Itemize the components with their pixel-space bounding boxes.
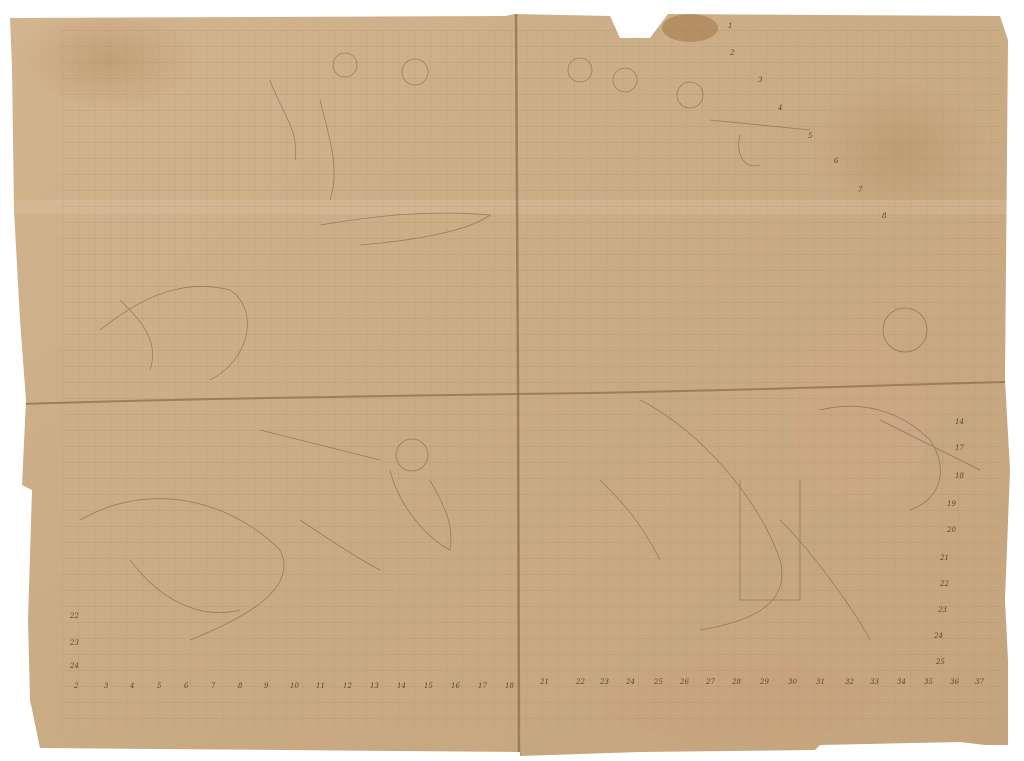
svg-text:16: 16 xyxy=(451,682,460,690)
svg-text:13: 13 xyxy=(370,682,379,690)
svg-text:5: 5 xyxy=(157,682,162,690)
svg-text:25: 25 xyxy=(935,658,945,666)
svg-text:2: 2 xyxy=(729,49,735,57)
svg-text:33: 33 xyxy=(870,678,879,686)
svg-text:29: 29 xyxy=(759,678,769,686)
svg-text:28: 28 xyxy=(731,678,741,686)
svg-text:34: 34 xyxy=(897,678,906,686)
svg-text:14: 14 xyxy=(397,682,406,690)
svg-text:24: 24 xyxy=(933,632,943,640)
svg-text:22: 22 xyxy=(69,612,79,620)
svg-text:20: 20 xyxy=(946,526,956,534)
svg-text:15: 15 xyxy=(424,682,433,690)
svg-text:19: 19 xyxy=(947,500,956,508)
svg-text:17: 17 xyxy=(955,444,964,452)
svg-text:18: 18 xyxy=(505,682,514,690)
svg-text:36: 36 xyxy=(950,678,959,686)
svg-text:9: 9 xyxy=(264,682,269,690)
svg-text:10: 10 xyxy=(290,682,299,690)
svg-text:5: 5 xyxy=(808,132,813,140)
svg-text:3: 3 xyxy=(758,76,763,84)
svg-text:11: 11 xyxy=(316,682,325,690)
svg-text:12: 12 xyxy=(343,682,352,690)
svg-text:22: 22 xyxy=(575,678,585,686)
svg-text:32: 32 xyxy=(845,678,854,686)
svg-text:35: 35 xyxy=(924,678,933,686)
svg-text:24: 24 xyxy=(625,678,635,686)
svg-text:21: 21 xyxy=(539,678,549,686)
svg-text:6: 6 xyxy=(834,157,839,165)
svg-text:25: 25 xyxy=(653,678,663,686)
drawing-photograph: 234 567 8910 111213 141516 1718 212223 2… xyxy=(0,0,1024,761)
svg-text:37: 37 xyxy=(975,678,984,686)
svg-text:7: 7 xyxy=(211,682,216,690)
svg-text:27: 27 xyxy=(705,678,715,686)
svg-text:14: 14 xyxy=(955,418,964,426)
svg-text:26: 26 xyxy=(679,678,689,686)
svg-text:30: 30 xyxy=(788,678,797,686)
svg-text:21: 21 xyxy=(939,554,949,562)
svg-text:31: 31 xyxy=(816,678,825,686)
svg-text:23: 23 xyxy=(937,606,947,614)
svg-text:1: 1 xyxy=(728,22,732,30)
svg-text:2: 2 xyxy=(73,682,79,690)
svg-text:23: 23 xyxy=(69,639,79,647)
svg-text:3: 3 xyxy=(104,682,109,690)
svg-text:4: 4 xyxy=(777,104,782,112)
svg-text:6: 6 xyxy=(184,682,189,690)
svg-text:8: 8 xyxy=(882,212,887,220)
svg-text:23: 23 xyxy=(599,678,609,686)
svg-text:22: 22 xyxy=(939,580,949,588)
svg-text:24: 24 xyxy=(69,662,79,670)
svg-text:18: 18 xyxy=(955,472,964,480)
svg-text:8: 8 xyxy=(238,682,243,690)
svg-text:4: 4 xyxy=(129,682,134,690)
paper-sheet xyxy=(0,0,1024,761)
svg-text:17: 17 xyxy=(478,682,487,690)
svg-text:7: 7 xyxy=(858,186,863,194)
